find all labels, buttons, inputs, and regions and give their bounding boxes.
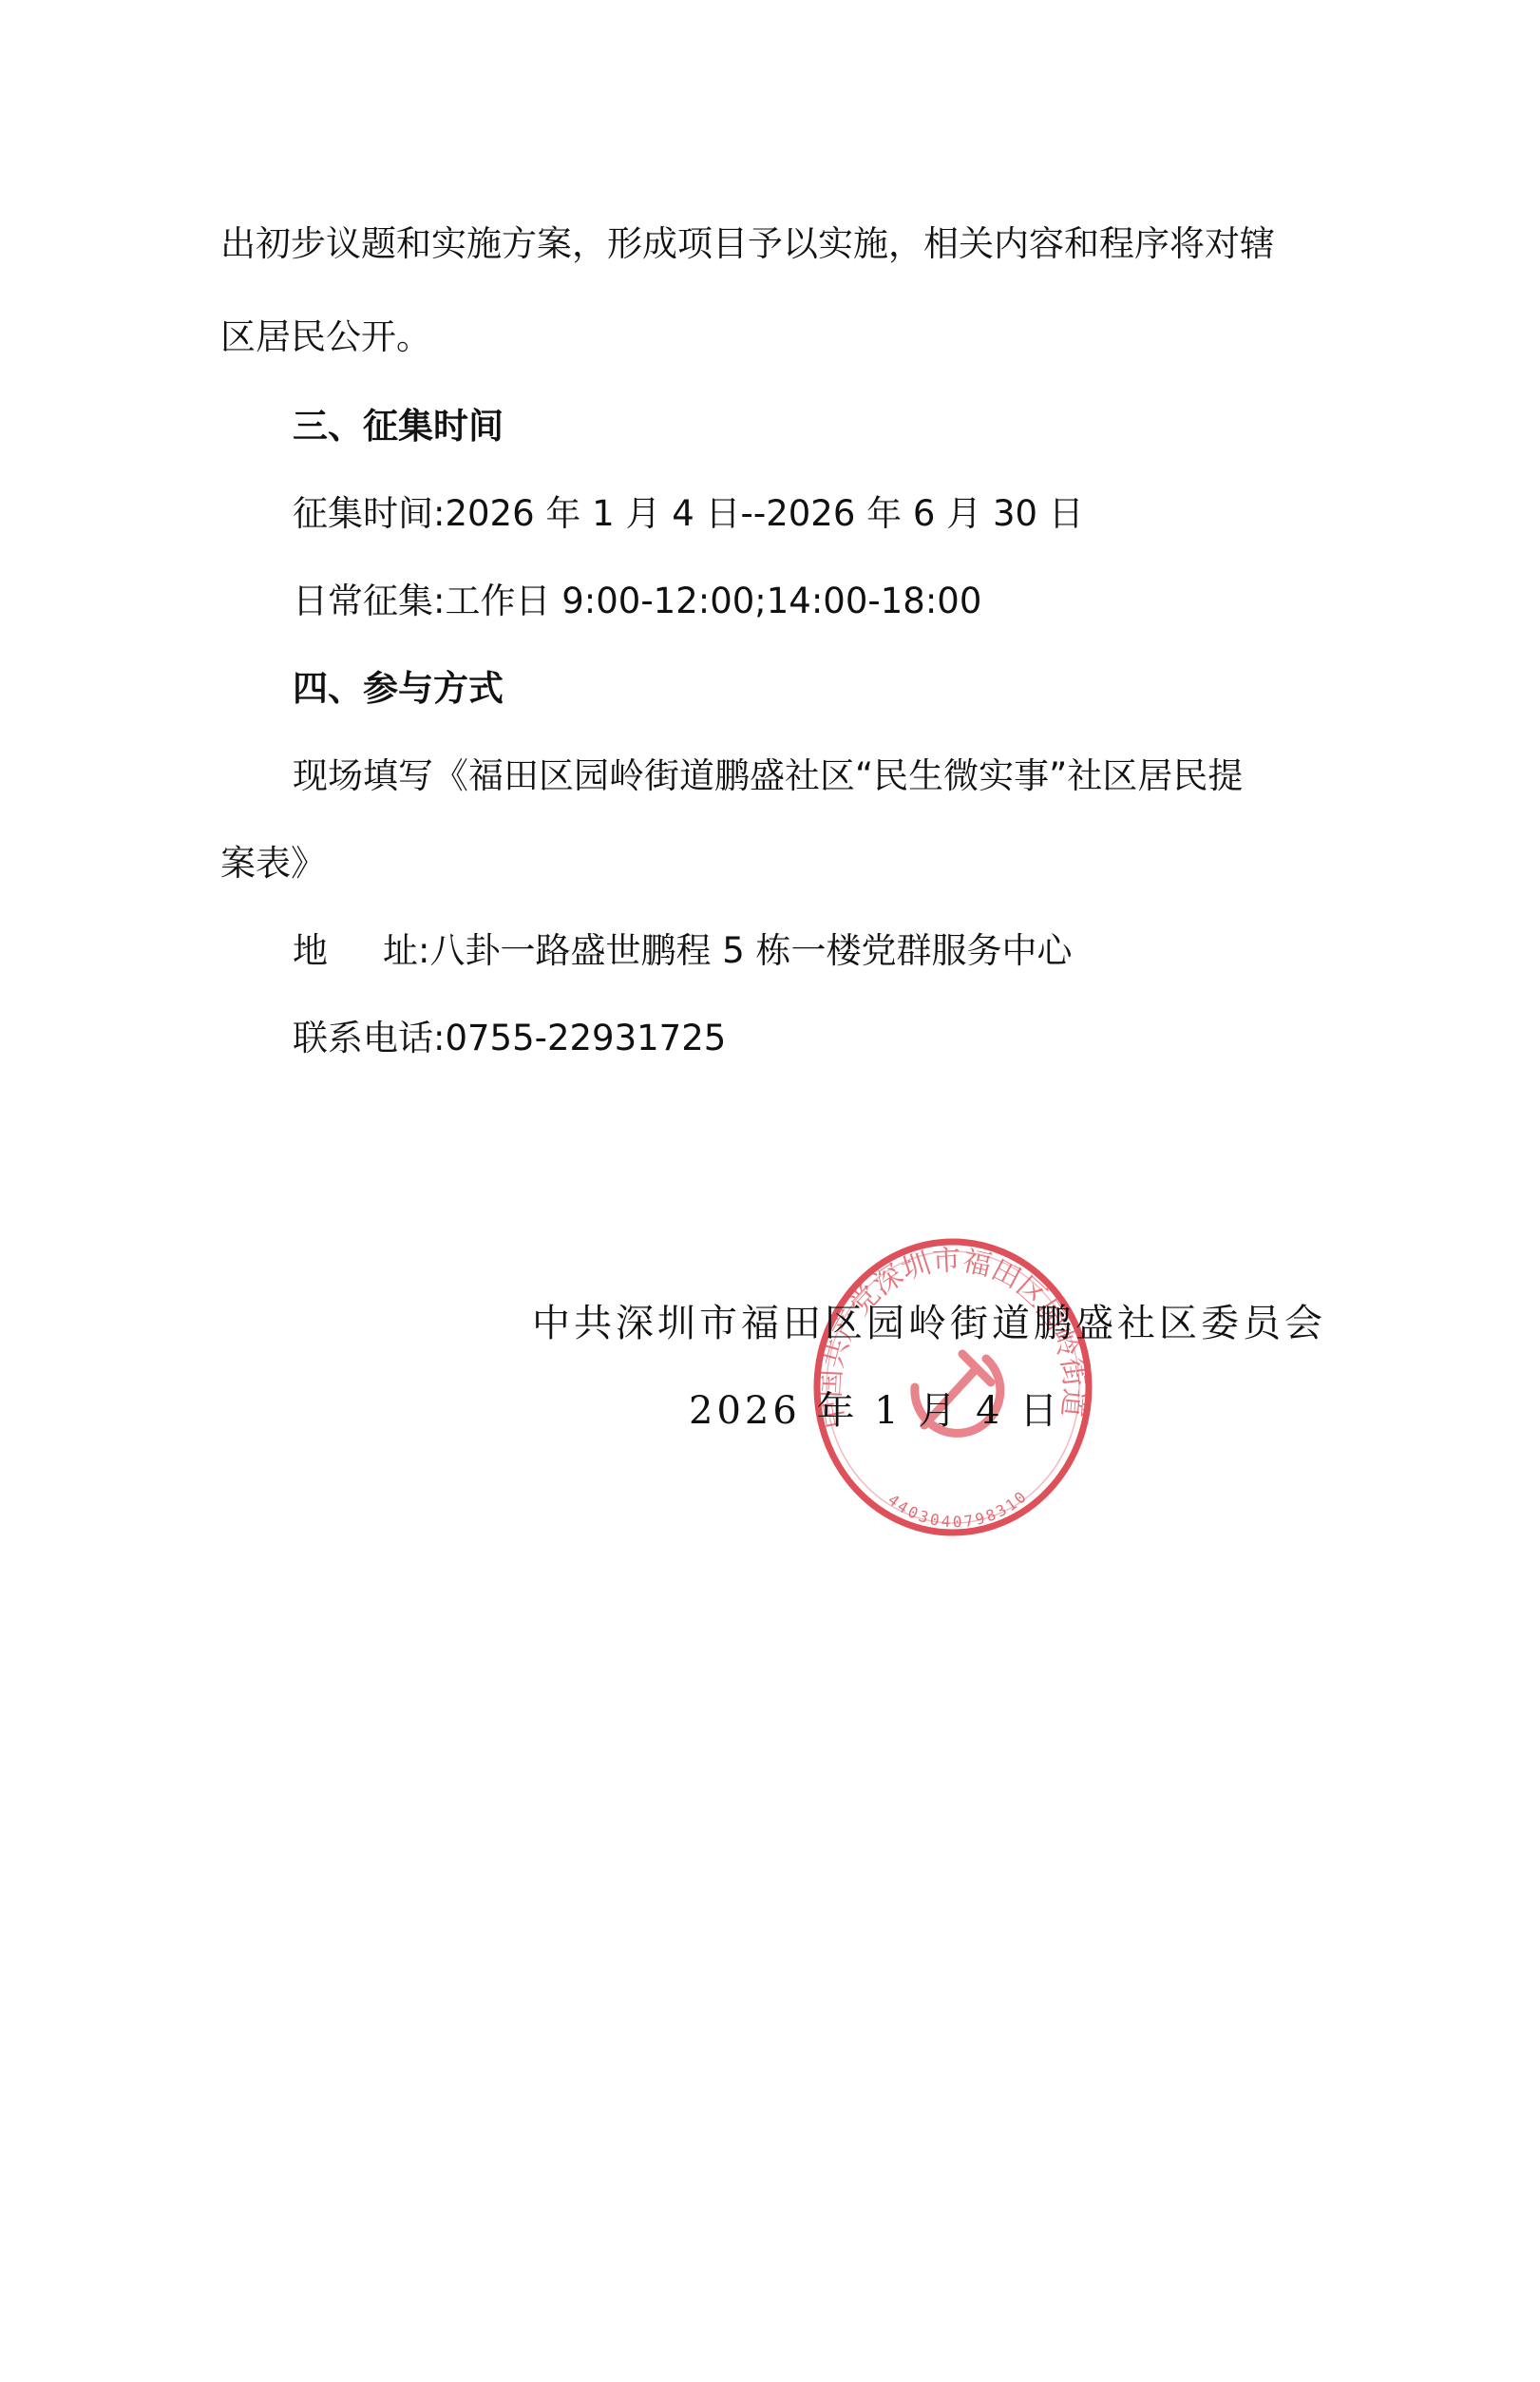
participation-method-line-1: 现场填写《福田区园岭街道鹏盛社区“民生微实事”社区居民提 bbox=[293, 753, 1243, 800]
paragraph-line-2: 区居民公开。 bbox=[220, 314, 431, 361]
daily-collection-hours: 日常征集:工作日 9:00-12:00;14:00-18:00 bbox=[293, 578, 981, 625]
address-value: 址:八卦一路盛世鹏程 5 栋一楼党群服务中心 bbox=[383, 930, 1073, 971]
address-line: 地址:八卦一路盛世鹏程 5 栋一楼党群服务中心 bbox=[293, 927, 1073, 975]
signing-organization: 中共深圳市福田区园岭街道鹏盛社区委员会 bbox=[532, 1300, 1326, 1347]
section4-heading: 四、参与方式 bbox=[293, 665, 504, 713]
collection-period: 征集时间:2026 年 1 月 4 日--2026 年 6 月 30 日 bbox=[293, 490, 1084, 538]
signing-date: 2026 年 1 月 4 日 bbox=[689, 1387, 1061, 1435]
contact-phone: 联系电话:0755-22931725 bbox=[293, 1015, 726, 1062]
paragraph-line-1: 出初步议题和实施方案，形成项目予以实施，相关内容和程序将对辖 bbox=[220, 220, 1275, 268]
document-page: 出初步议题和实施方案，形成项目予以实施，相关内容和程序将对辖 区居民公开。 三、… bbox=[0, 0, 1540, 2382]
section3-heading: 三、征集时间 bbox=[293, 403, 504, 450]
participation-method-line-2: 案表》 bbox=[220, 840, 326, 887]
address-label-a: 地 bbox=[293, 930, 328, 971]
